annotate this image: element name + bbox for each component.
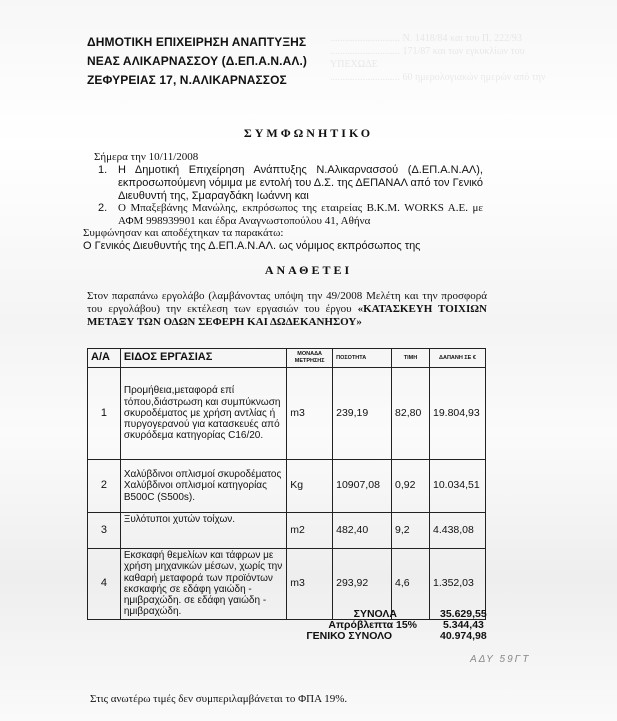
row-unit: m3 (287, 368, 333, 460)
row-price: 9,2 (392, 513, 430, 549)
grand-total-label: ΓΕΝΙΚΟ ΣΥΝΟΛΟ (252, 631, 392, 642)
party-1-text: Η Δημοτική Επιχείρηση Ανάπτυξης Ν.Αλικαρ… (118, 164, 483, 203)
table-row: 3 Ξυλότυποι χυτών τοίχων. m2 482,40 9,2 … (88, 513, 486, 549)
assigns-title: ΑΝΑΘΕΤΕΙ (0, 263, 617, 278)
row-price: 0,92 (392, 460, 430, 513)
handwritten-note: ΑΔΥ 59ΓΤ (470, 654, 530, 665)
agreed-line: Συμφώνησαν και αποδέχτηκαν τα παρακάτω: (83, 227, 283, 240)
party-2: 2. Ο Μπαξεβάνης Μανώλης, εκπρόσωπος της … (98, 202, 483, 228)
row-price: 82,80 (392, 368, 430, 460)
party-1-number: 1. (98, 164, 107, 177)
row-quantity: 239,19 (333, 368, 392, 460)
table-header-row: Α/Α ΕΙΔΟΣ ΕΡΓΑΣΙΑΣ ΜΟΝΑΔΑ ΜΕΤΡΗΣΗΣ ΠΟΣΟΤ… (88, 349, 486, 368)
row-description: Χαλύβδινοι οπλισμοί σκυροδέματος Χαλύβδι… (120, 460, 286, 513)
director-line: Ο Γενικός Διευθυντής της Δ.ΕΠ.Α.Ν.ΑΛ. ως… (83, 240, 420, 253)
document-title: ΣΥΜΦΩΝΗΤΙΚΟ (0, 126, 617, 141)
letterhead: ΔΗΜΟΤΙΚΗ ΕΠΙΧΕΙΡΗΣΗ ΑΝΑΠΤΥΞΗΣ ΝΕΑΣ ΑΛΙΚΑ… (87, 33, 307, 90)
bleed-through-text: ............................ Ν. 1418/84 … (330, 32, 570, 84)
letterhead-line-3: ΖΕΦΥΡΕΙΑΣ 17, Ν.ΑΛΙΚΑΡΝΑΣΣΟΣ (87, 71, 307, 90)
row-description: Προμήθεια,μεταφορά επί τόπου,διάστρωση κ… (120, 368, 286, 460)
row-aa: 1 (88, 368, 121, 460)
table-row: 1 Προμήθεια,μεταφορά επί τόπου,διάστρωση… (88, 368, 486, 460)
row-description: Ξυλότυποι χυτών τοίχων. (120, 513, 286, 549)
row-aa: 3 (88, 513, 121, 549)
row-cost: 4.438,08 (429, 513, 485, 549)
row-cost: 19.804,93 (429, 368, 485, 460)
row-unit: Kg (287, 460, 333, 513)
work-items-table: Α/Α ΕΙΔΟΣ ΕΡΓΑΣΙΑΣ ΜΟΝΑΔΑ ΜΕΤΡΗΣΗΣ ΠΟΣΟΤ… (87, 348, 486, 620)
col-header-price: ΤΙΜΗ (392, 349, 430, 368)
col-header-quantity: ΠΟΣΟΤΗΤΑ (333, 349, 392, 368)
row-quantity: 10907,08 (333, 460, 392, 513)
date-line: Σήμερα την 10/11/2008 (94, 151, 198, 164)
grand-total-value: 40.974,98 (440, 631, 487, 642)
row-price: 4,6 (392, 549, 430, 620)
row-quantity: 482,40 (333, 513, 392, 549)
row-aa: 4 (88, 549, 121, 620)
letterhead-line-1: ΔΗΜΟΤΙΚΗ ΕΠΙΧΕΙΡΗΣΗ ΑΝΑΠΤΥΞΗΣ (87, 33, 307, 52)
col-header-description: ΕΙΔΟΣ ΕΡΓΑΣΙΑΣ (120, 349, 286, 368)
row-cost: 10.034,51 (429, 460, 485, 513)
row-unit: m2 (287, 513, 333, 549)
table-row: 2 Χαλύβδινοι οπλισμοί σκυροδέματος Χαλύβ… (88, 460, 486, 513)
party-2-number: 2. (98, 202, 107, 215)
col-header-aa: Α/Α (88, 349, 121, 368)
row-aa: 2 (88, 460, 121, 513)
party-2-text: Ο Μπαξεβάνης Μανώλης, εκπρόσωπος της ετα… (118, 202, 483, 228)
letterhead-line-2: ΝΕΑΣ ΑΛΙΚΑΡΝΑΣΣΟΥ (Δ.ΕΠ.Α.Ν.ΑΛ.) (87, 52, 307, 71)
assignment-paragraph: Στον παραπάνω εργολάβο (λαμβάνοντας υπόψ… (87, 290, 487, 329)
party-1: 1. Η Δημοτική Επιχείρηση Ανάπτυξης Ν.Αλι… (98, 164, 483, 203)
col-header-cost: ΔΑΠΑΝΗ ΣΕ € (429, 349, 485, 368)
vat-note: Στις ανωτέρω τιμές δεν συμπεριλαμβάνεται… (90, 693, 347, 706)
col-header-unit: ΜΟΝΑΔΑ ΜΕΤΡΗΣΗΣ (287, 349, 333, 368)
